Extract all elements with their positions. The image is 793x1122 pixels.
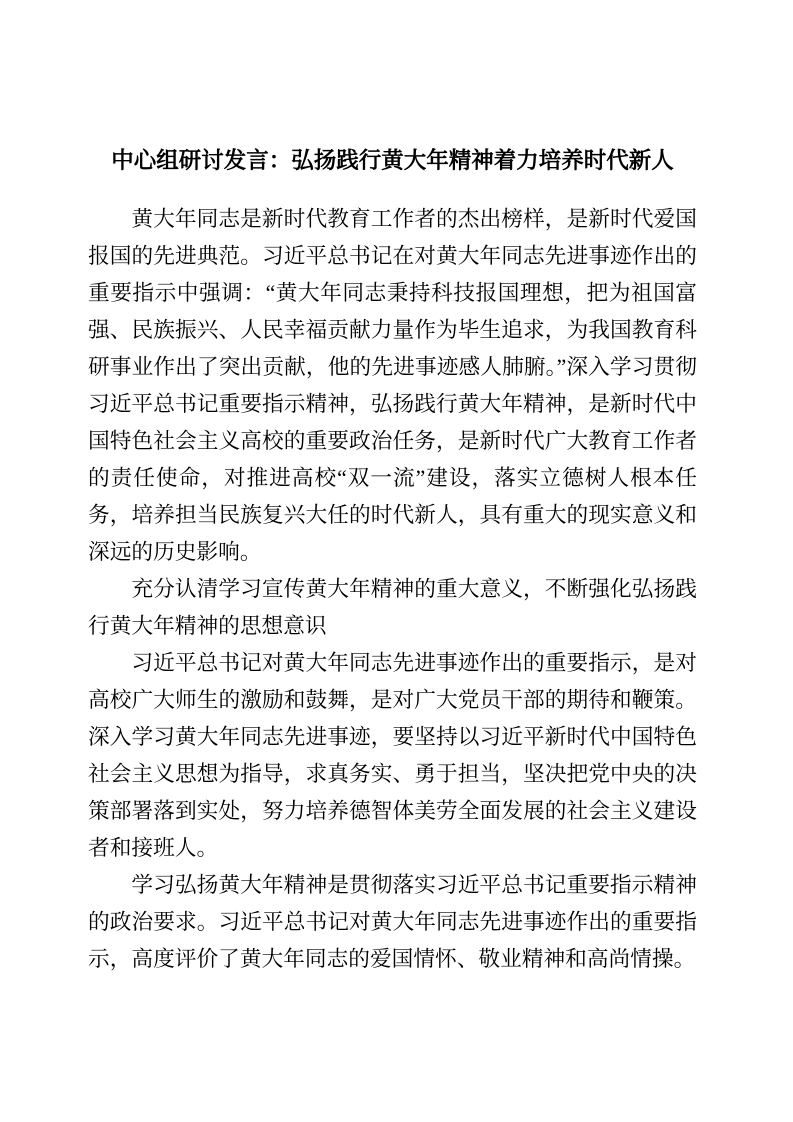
paragraph-4: 学习弘扬黄大年精神是贯彻落实习近平总书记重要指示精神的政治要求。习近平总书记对黄… [88, 867, 697, 978]
paragraph-2: 充分认清学习宣传黄大年精神的重大意义，不断强化弘扬践行黄大年精神的思想意识 [88, 571, 697, 645]
document-title: 中心组研讨发言：弘扬践行黄大年精神着力培养时代新人 [88, 142, 697, 179]
paragraph-1: 黄大年同志是新时代教育工作者的杰出榜样，是新时代爱国报国的先进典范。习近平总书记… [88, 201, 697, 571]
document-body: 黄大年同志是新时代教育工作者的杰出榜样，是新时代爱国报国的先进典范。习近平总书记… [88, 201, 697, 978]
document-page: 中心组研讨发言：弘扬践行黄大年精神着力培养时代新人 黄大年同志是新时代教育工作者… [0, 0, 793, 1122]
paragraph-3: 习近平总书记对黄大年同志先进事迹作出的重要指示，是对高校广大师生的激励和鼓舞，是… [88, 645, 697, 867]
